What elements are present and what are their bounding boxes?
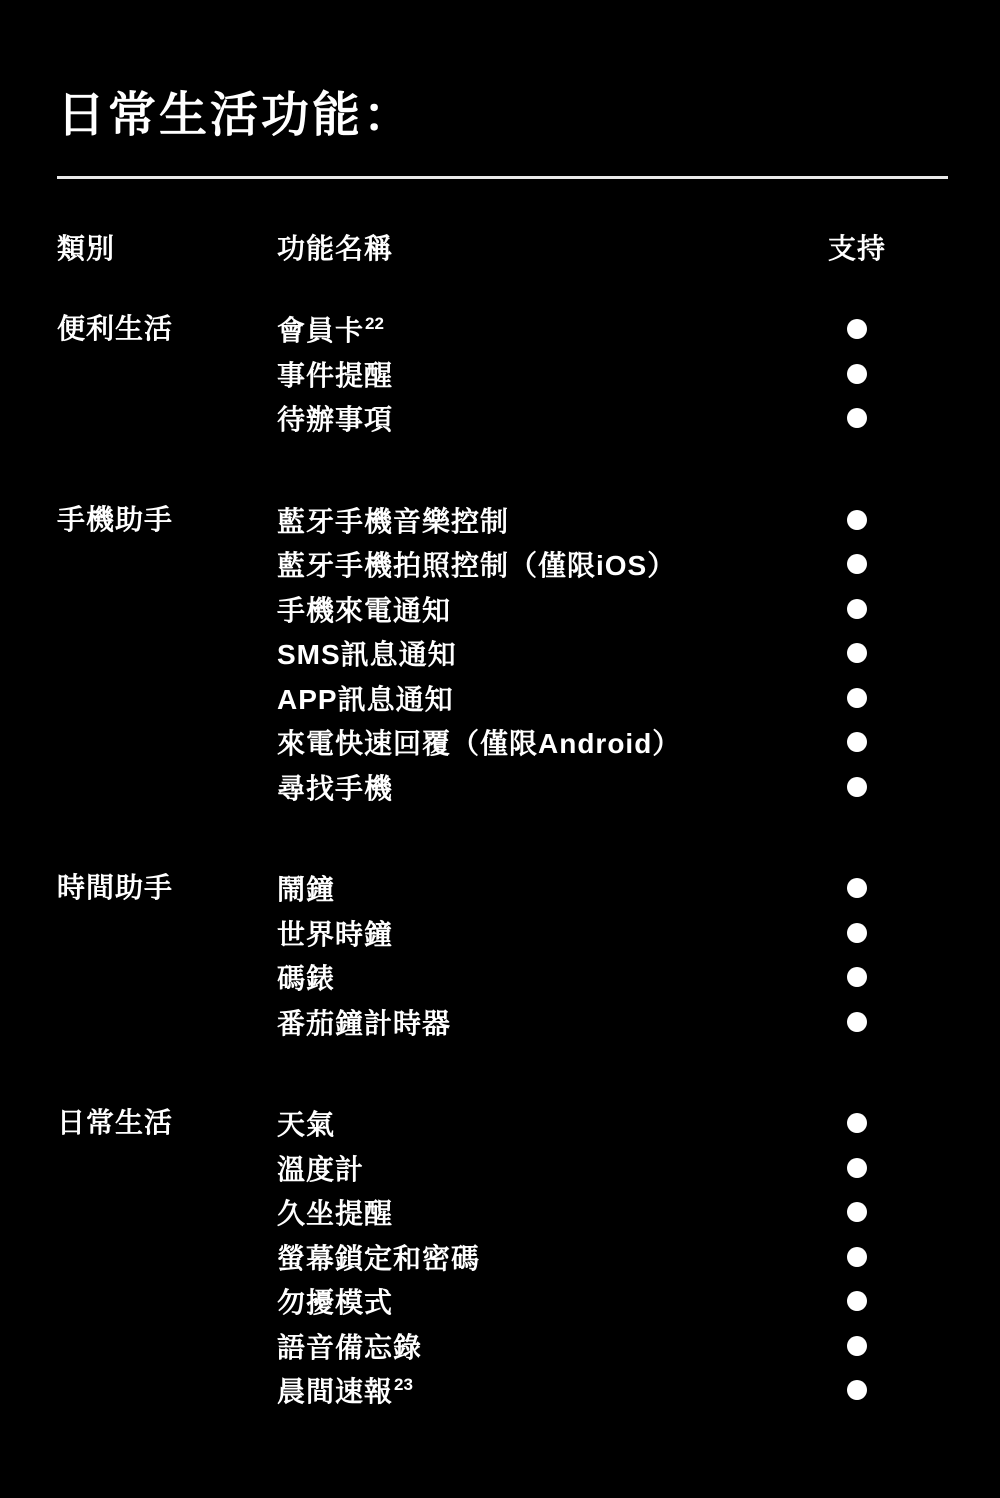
table-row: 溫度計 (277, 1146, 948, 1191)
feature-name: 勿擾模式 (277, 1287, 393, 1318)
feature-section: 日常生活 天氣 溫度計 久坐提醒 螢幕鎖定和密碼 勿擾模式 語音備忘錄 (57, 1101, 948, 1413)
table-row: 番茄鐘計時器 (277, 1000, 948, 1045)
feature-name: APP訊息通知 (277, 684, 454, 715)
supported-dot-icon (847, 777, 867, 797)
table-row: 手機來電通知 (277, 587, 948, 632)
table-header: 類別 功能名稱 支持 (57, 229, 948, 269)
supported-dot-icon (847, 599, 867, 619)
support-cell (766, 1324, 948, 1369)
feature-section: 手機助手 藍牙手機音樂控制 藍牙手機拍照控制（僅限iOS） 手機來電通知 SMS… (57, 498, 948, 810)
table-row: 天氣 (277, 1101, 948, 1146)
support-cell (766, 631, 948, 676)
supported-dot-icon (847, 1380, 867, 1400)
feature-name: 手機來電通知 (277, 595, 451, 626)
support-cell (766, 587, 948, 632)
feature-name: 鬧鐘 (277, 874, 335, 905)
support-cell (766, 1190, 948, 1235)
feature-footnote-number: 22 (365, 314, 384, 333)
support-cell (766, 1000, 948, 1045)
table-row: 世界時鐘 (277, 911, 948, 956)
supported-dot-icon (847, 319, 867, 339)
support-cell (766, 911, 948, 956)
supported-dot-icon (847, 1202, 867, 1222)
category-label: 手機助手 (57, 498, 277, 543)
feature-name: 溫度計 (277, 1154, 364, 1185)
section-rows: 藍牙手機音樂控制 藍牙手機拍照控制（僅限iOS） 手機來電通知 SMS訊息通知 … (277, 498, 948, 810)
page-title: 日常生活功能： (57, 86, 948, 146)
category-label: 日常生活 (57, 1101, 277, 1146)
supported-dot-icon (847, 1291, 867, 1311)
support-cell (766, 396, 948, 441)
header-category: 類別 (57, 229, 277, 269)
feature-name: 語音備忘錄 (277, 1332, 422, 1363)
feature-name: 尋找手機 (277, 773, 393, 804)
table-row: 事件提醒 (277, 352, 948, 397)
section-rows: 天氣 溫度計 久坐提醒 螢幕鎖定和密碼 勿擾模式 語音備忘錄 晨 (277, 1101, 948, 1413)
supported-dot-icon (847, 1336, 867, 1356)
section-rows: 會員卡22 事件提醒 待辦事項 (277, 307, 948, 441)
feature-footnote-number: 23 (394, 1375, 413, 1394)
table-row: 碼錶 (277, 955, 948, 1000)
supported-dot-icon (847, 1158, 867, 1178)
supported-dot-icon (847, 643, 867, 663)
table-row: 螢幕鎖定和密碼 (277, 1235, 948, 1280)
feature-name: 會員卡 (277, 315, 364, 346)
support-cell (766, 1279, 948, 1324)
support-cell (766, 955, 948, 1000)
feature-name: 碼錶 (277, 963, 335, 994)
support-cell (766, 720, 948, 765)
title-divider (57, 176, 948, 179)
feature-name: 番茄鐘計時器 (277, 1008, 451, 1039)
table-row: 待辦事項 (277, 396, 948, 441)
supported-dot-icon (847, 510, 867, 530)
supported-dot-icon (847, 878, 867, 898)
support-cell (766, 1368, 948, 1413)
feature-name: 螢幕鎖定和密碼 (277, 1243, 480, 1274)
table-row: 藍牙手機拍照控制（僅限iOS） (277, 542, 948, 587)
support-cell (766, 498, 948, 543)
table-row: 久坐提醒 (277, 1190, 948, 1235)
support-cell (766, 1146, 948, 1191)
supported-dot-icon (847, 732, 867, 752)
feature-name: 藍牙手機音樂控制 (277, 506, 509, 537)
support-cell (766, 1101, 948, 1146)
category-label: 時間助手 (57, 866, 277, 911)
supported-dot-icon (847, 554, 867, 574)
feature-name: 藍牙手機拍照控制（僅限iOS） (277, 550, 676, 581)
supported-dot-icon (847, 1247, 867, 1267)
supported-dot-icon (847, 967, 867, 987)
feature-name: 待辦事項 (277, 404, 393, 435)
table-row: 晨間速報23 (277, 1368, 948, 1413)
support-cell (766, 542, 948, 587)
table-row: 勿擾模式 (277, 1279, 948, 1324)
header-feature-name: 功能名稱 (277, 229, 766, 269)
feature-name: 天氣 (277, 1109, 335, 1140)
category-label: 便利生活 (57, 307, 277, 352)
feature-name: 久坐提醒 (277, 1198, 393, 1229)
supported-dot-icon (847, 923, 867, 943)
supported-dot-icon (847, 364, 867, 384)
table-row: SMS訊息通知 (277, 631, 948, 676)
daily-functions-page: 日常生活功能： 類別 功能名稱 支持 便利生活 會員卡22 事件提醒 待辦事項 … (0, 0, 1000, 1498)
table-row: APP訊息通知 (277, 676, 948, 721)
section-rows: 鬧鐘 世界時鐘 碼錶 番茄鐘計時器 (277, 866, 948, 1044)
support-cell (766, 1235, 948, 1280)
feature-section: 便利生活 會員卡22 事件提醒 待辦事項 (57, 307, 948, 441)
table-row: 鬧鐘 (277, 866, 948, 911)
supported-dot-icon (847, 408, 867, 428)
supported-dot-icon (847, 688, 867, 708)
feature-name: 晨間速報 (277, 1376, 393, 1407)
support-cell (766, 765, 948, 810)
header-support: 支持 (766, 229, 948, 269)
table-row: 會員卡22 (277, 307, 948, 352)
feature-name: 來電快速回覆（僅限Android） (277, 728, 681, 759)
feature-table-body: 便利生活 會員卡22 事件提醒 待辦事項 手機助手 藍牙手機音樂控制 藍牙手機拍… (57, 307, 948, 1413)
feature-section: 時間助手 鬧鐘 世界時鐘 碼錶 番茄鐘計時器 (57, 866, 948, 1044)
support-cell (766, 307, 948, 352)
support-cell (766, 352, 948, 397)
feature-name: 世界時鐘 (277, 919, 393, 950)
table-row: 尋找手機 (277, 765, 948, 810)
table-row: 語音備忘錄 (277, 1324, 948, 1369)
support-cell (766, 866, 948, 911)
table-row: 藍牙手機音樂控制 (277, 498, 948, 543)
support-cell (766, 676, 948, 721)
feature-name: 事件提醒 (277, 360, 393, 391)
feature-name: SMS訊息通知 (277, 639, 457, 670)
table-row: 來電快速回覆（僅限Android） (277, 720, 948, 765)
supported-dot-icon (847, 1113, 867, 1133)
supported-dot-icon (847, 1012, 867, 1032)
